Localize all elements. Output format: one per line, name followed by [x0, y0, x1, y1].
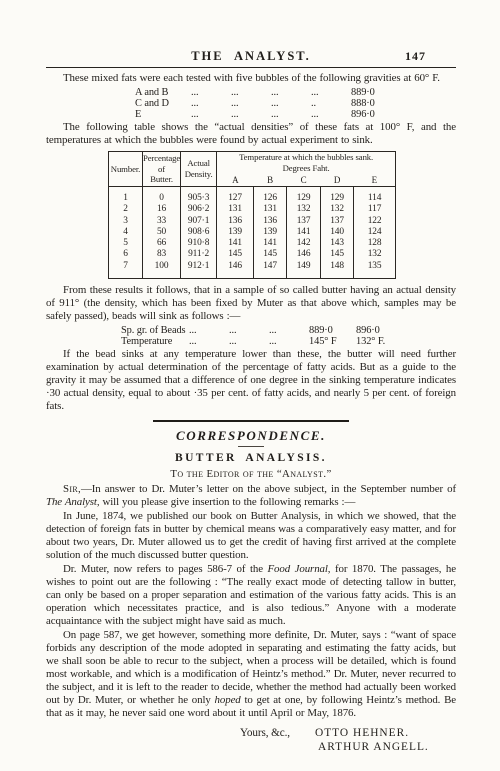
col-header-d: D — [321, 175, 354, 187]
table-cell: 905·3 — [181, 186, 217, 204]
dot-leader: ... — [189, 336, 229, 347]
sir-text: will you please give insertion to the fo… — [99, 496, 355, 508]
table-cell: 122 — [354, 216, 396, 227]
table-cell: 1 — [109, 186, 143, 204]
bead-list: Sp. gr. of Beads ... ... ... 889·0 896·0… — [46, 325, 456, 347]
table-row: 3 33 907·1 136 136 137 137 122 — [109, 216, 396, 227]
table-cell: 910·8 — [181, 238, 217, 249]
table-cell: 83 — [143, 249, 181, 260]
bead-row: Sp. gr. of Beads ... ... ... 889·0 896·0 — [121, 325, 456, 336]
dot-leader: ... — [271, 109, 311, 120]
table-cell: 141 — [217, 238, 254, 249]
gravity-value: 889·0 — [351, 87, 401, 98]
bead-value: 896·0 — [356, 325, 380, 336]
masthead: THE ANALYST. 147 — [46, 50, 456, 64]
table-cell: 114 — [354, 186, 396, 204]
table-cell: 0 — [143, 186, 181, 204]
table-cell: 139 — [217, 227, 254, 238]
dot-leader: ... — [311, 87, 351, 98]
temperature-header-line1: Temperature at which the bubbles sank. — [217, 152, 395, 163]
table-cell: 148 — [321, 261, 354, 279]
sir-lead: Sir, — [63, 483, 81, 495]
gravity-value: 888·0 — [351, 98, 401, 109]
table-cell: 145 — [217, 249, 254, 260]
table-cell: 7 — [109, 261, 143, 279]
dot-leader: ... — [231, 109, 271, 120]
section-divider — [238, 446, 264, 447]
section-title: CORRESPONDENCE. — [46, 428, 456, 443]
table-row: 1 0 905·3 127 126 129 129 114 — [109, 186, 396, 204]
dot-leader: ... — [191, 98, 231, 109]
table-cell: 147 — [254, 261, 287, 279]
table-cell: 137 — [287, 216, 321, 227]
table-cell: 117 — [354, 204, 396, 215]
table-cell: 141 — [287, 227, 321, 238]
sir-paragraph: Sir,—In answer to Dr. Muter’s letter on … — [46, 483, 456, 509]
table-cell: 912·1 — [181, 261, 217, 279]
dot-leader: ... — [271, 87, 311, 98]
table-cell: 145 — [321, 249, 354, 260]
table-cell: 145 — [254, 249, 287, 260]
june-paragraph: In June, 1874, we published our book on … — [46, 510, 456, 562]
table-row: 2 16 906·2 131 131 132 132 117 — [109, 204, 396, 215]
dot-leader: ... — [189, 325, 229, 336]
table-cell: 2 — [109, 204, 143, 215]
table-cell: 129 — [287, 186, 321, 204]
table-cell: 126 — [254, 186, 287, 204]
table-cell: 146 — [287, 249, 321, 260]
density-table-header: Number. Percentage of Butter. Actual Den… — [109, 152, 396, 187]
page-number: 147 — [405, 50, 426, 63]
table-cell: 142 — [287, 238, 321, 249]
gravity-row: C and D ... ... ... .. 888·0 — [135, 98, 456, 109]
results-paragraph: From these results it follows, that in a… — [46, 284, 456, 323]
article-title: BUTTER ANALYSIS. — [46, 452, 456, 465]
table-intro-paragraph: The following table shows the “actual de… — [46, 121, 456, 147]
muter-text: Dr. Muter, now refers to pages 586-7 of … — [63, 563, 268, 575]
table-row: 7 100 912·1 146 147 149 148 135 — [109, 261, 396, 279]
table-cell: 50 — [143, 227, 181, 238]
bead-value: 889·0 — [309, 325, 356, 336]
gravity-row: A and B ... ... ... ... 889·0 — [135, 87, 456, 98]
table-cell: 140 — [321, 227, 354, 238]
dot-leader: ... — [191, 87, 231, 98]
table-cell: 911·2 — [181, 249, 217, 260]
table-cell: 137 — [321, 216, 354, 227]
gravity-label: A and B — [135, 87, 191, 98]
table-cell: 132 — [321, 204, 354, 215]
density-table: Number. Percentage of Butter. Actual Den… — [108, 151, 396, 279]
table-cell: 908·6 — [181, 227, 217, 238]
col-header-b: B — [254, 175, 287, 187]
table-cell: 132 — [287, 204, 321, 215]
bead-label: Sp. gr. of Beads — [121, 325, 189, 336]
closing-row: Yours, &c., OTTO HEHNER. — [240, 726, 456, 740]
dot-leader: ... — [191, 109, 231, 120]
table-cell: 135 — [354, 261, 396, 279]
table-cell: 149 — [287, 261, 321, 279]
col-header-temperature: Temperature at which the bubbles sank. D… — [217, 152, 396, 175]
dot-leader: ... — [229, 336, 269, 347]
dot-leader: ... — [231, 87, 271, 98]
gravity-value: 896·0 — [351, 109, 401, 120]
dot-leader: .. — [311, 98, 351, 109]
table-cell: 128 — [354, 238, 396, 249]
journal-title: THE ANALYST. — [46, 50, 456, 63]
table-cell: 131 — [254, 204, 287, 215]
dot-leader: ... — [271, 98, 311, 109]
page587-italic-word: hoped — [215, 694, 241, 706]
sir-text: —In answer to Dr. Muter’s letter on the … — [81, 483, 456, 495]
page587-paragraph: On page 587, we get however, something m… — [46, 629, 456, 720]
table-cell: 4 — [109, 227, 143, 238]
table-cell: 66 — [143, 238, 181, 249]
table-cell: 124 — [354, 227, 396, 238]
temperature-header-line2: Degrees Faht. — [217, 163, 395, 174]
density-table-body: 1 0 905·3 127 126 129 129 114 2 16 906·2… — [109, 186, 396, 278]
table-cell: 146 — [217, 261, 254, 279]
sir-italic-title: The Analyst, — [46, 496, 99, 508]
gravity-list: A and B ... ... ... ... 889·0 C and D ..… — [46, 87, 456, 120]
col-header-e: E — [354, 175, 396, 187]
table-cell: 16 — [143, 204, 181, 215]
col-header-number: Number. — [109, 152, 143, 187]
gravity-label: E — [135, 109, 191, 120]
bead-value: 145° F — [309, 336, 356, 347]
signature-name: ARTHUR ANGELL. — [318, 740, 456, 754]
dot-leader: ... — [229, 325, 269, 336]
bead-label: Temperature — [121, 336, 189, 347]
table-row: 5 66 910·8 141 141 142 143 128 — [109, 238, 396, 249]
table-cell: 127 — [217, 186, 254, 204]
bead-value: 132° F. — [356, 336, 385, 347]
col-header-a: A — [217, 175, 254, 187]
table-cell: 907·1 — [181, 216, 217, 227]
signature-name: OTTO HEHNER. — [315, 726, 409, 740]
table-cell: 5 — [109, 238, 143, 249]
muter-paragraph: Dr. Muter, now refers to pages 586-7 of … — [46, 563, 456, 628]
table-cell: 129 — [321, 186, 354, 204]
col-header-percentage: Percentage of Butter. — [143, 152, 181, 187]
bead-row: Temperature ... ... ... 145° F 132° F. — [121, 336, 456, 347]
table-cell: 33 — [143, 216, 181, 227]
table-row: 4 50 908·6 139 139 141 140 124 — [109, 227, 396, 238]
intro-paragraph: These mixed fats were each tested with f… — [46, 72, 456, 85]
table-cell: 100 — [143, 261, 181, 279]
table-cell: 6 — [109, 249, 143, 260]
table-cell: 136 — [217, 216, 254, 227]
table-cell: 906·2 — [181, 204, 217, 215]
dot-leader: ... — [311, 109, 351, 120]
gravity-label: C and D — [135, 98, 191, 109]
dot-leader: ... — [269, 336, 309, 347]
table-cell: 136 — [254, 216, 287, 227]
salutation: To the Editor of the “Analyst.” — [46, 468, 456, 480]
dot-leader: ... — [269, 325, 309, 336]
table-cell: 141 — [254, 238, 287, 249]
muter-italic-title: Food Journal, — [268, 563, 331, 575]
table-cell: 143 — [321, 238, 354, 249]
journal-page: THE ANALYST. 147 These mixed fats were e… — [0, 0, 500, 771]
closing-text: Yours, &c., — [240, 726, 315, 740]
col-header-density: Actual Density. — [181, 152, 217, 187]
section-rule — [153, 420, 349, 422]
table-cell: 131 — [217, 204, 254, 215]
guide-paragraph: If the bead sinks at any temperature low… — [46, 348, 456, 413]
col-header-c: C — [287, 175, 321, 187]
table-cell: 139 — [254, 227, 287, 238]
table-row: 6 83 911·2 145 145 146 145 132 — [109, 249, 396, 260]
table-cell: 3 — [109, 216, 143, 227]
dot-leader: ... — [231, 98, 271, 109]
table-header-row: Number. Percentage of Butter. Actual Den… — [109, 152, 396, 175]
header-rule — [46, 67, 456, 68]
table-cell: 132 — [354, 249, 396, 260]
gravity-row: E ... ... ... ... 896·0 — [135, 109, 456, 120]
